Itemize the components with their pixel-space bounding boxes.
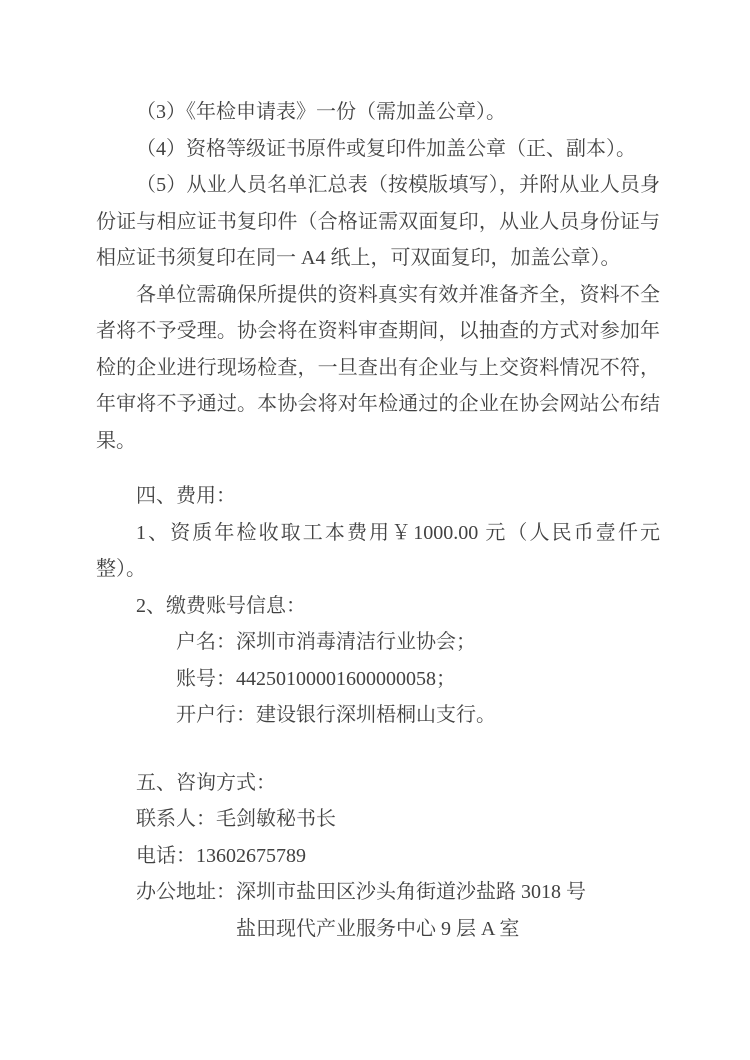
phone-line: 电话：13602675789 xyxy=(96,838,660,875)
list-item-5: （5）从业人员名单汇总表（按模版填写），并附从业人员身份证与相应证书复印件（合格… xyxy=(96,167,660,277)
fee-section: 四、费用： 1、资质年检收取工本费用￥1000.00 元（人民币壹仟元整）。 2… xyxy=(96,478,660,734)
required-materials-list: （3）《年检申请表》一份（需加盖公章）。 （4）资格等级证书原件或复印件加盖公章… xyxy=(96,94,660,277)
list-item-4: （4）资格等级证书原件或复印件加盖公章（正、副本）。 xyxy=(96,131,660,168)
list-item-3: （3）《年检申请表》一份（需加盖公章）。 xyxy=(96,94,660,131)
bank-branch-line: 开户行：建设银行深圳梧桐山支行。 xyxy=(96,697,660,734)
account-number-line: 账号：44250100001600000058； xyxy=(96,661,660,698)
notice-paragraph: 各单位需确保所提供的资料真实有效并准备齐全，资料不全者将不予受理。协会将在资料审… xyxy=(96,277,660,460)
document-page: （3）《年检申请表》一份（需加盖公章）。 （4）资格等级证书原件或复印件加盖公章… xyxy=(0,0,750,1060)
fee-section-heading: 四、费用： xyxy=(96,478,660,515)
contact-section: 五、咨询方式： 联系人：毛剑敏秘书长 电话：13602675789 办公地址：深… xyxy=(96,765,660,948)
address-line-2: 盐田现代产业服务中心 9 层 A 室 xyxy=(96,911,660,948)
payment-account-intro: 2、缴费账号信息： xyxy=(96,588,660,625)
account-name-line: 户名：深圳市消毒清洁行业协会； xyxy=(96,624,660,661)
contact-section-heading: 五、咨询方式： xyxy=(96,765,660,802)
fee-amount-line: 1、资质年检收取工本费用￥1000.00 元（人民币壹仟元整）。 xyxy=(96,515,660,588)
contact-person-line: 联系人：毛剑敏秘书长 xyxy=(96,801,660,838)
address-line-1: 办公地址：深圳市盐田区沙头角街道沙盐路 3018 号 xyxy=(96,874,660,911)
